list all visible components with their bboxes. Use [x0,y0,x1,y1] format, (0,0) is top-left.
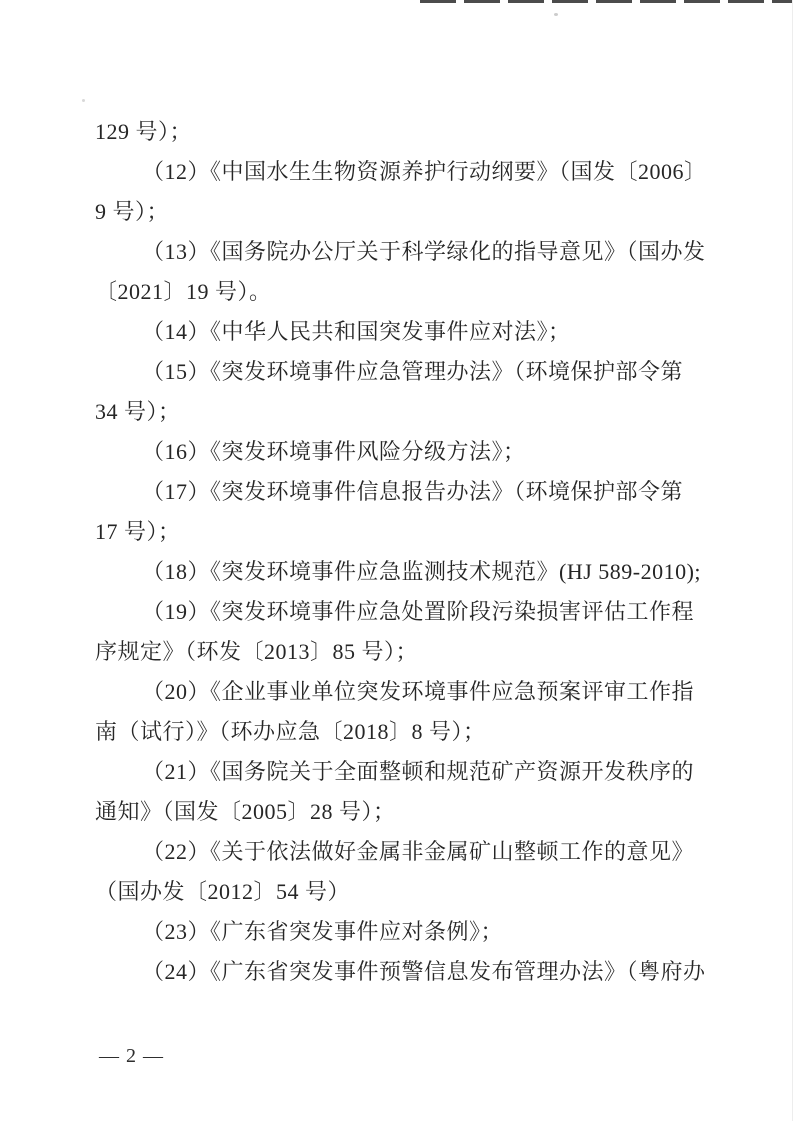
scan-speck [554,13,558,16]
text-line: （24）《广东省突发事件预警信息发布管理办法》（粤府办 [95,952,735,992]
document-body: 129 号）； （12）《中国水生生物资源养护行动纲要》（国发〔2006〕 9 … [95,112,735,992]
text-line: （13）《国务院办公厅关于科学绿化的指导意见》（国办发 [95,232,735,272]
text-line: 〔2021〕19 号）。 [95,272,735,312]
document-page: 129 号）； （12）《中国水生生物资源养护行动纲要》（国发〔2006〕 9 … [0,0,793,1121]
text-line: （23）《广东省突发事件应对条例》； [95,912,735,952]
text-line: （15）《突发环境事件应急管理办法》（环境保护部令第 [95,352,735,392]
scan-speck [82,99,85,102]
text-line: （20）《企业事业单位突发环境事件应急预案评审工作指 [95,672,735,712]
text-line: （14）《中华人民共和国突发事件应对法》； [95,312,735,352]
text-line: （19）《突发环境事件应急处置阶段污染损害评估工作程 [95,592,735,632]
text-line: （17）《突发环境事件信息报告办法》（环境保护部令第 [95,472,735,512]
page-number: — 2 — [99,1042,164,1070]
text-line: 9 号）； [95,192,735,232]
text-line: （18）《突发环境事件应急监测技术规范》(HJ 589-2010); [95,552,735,592]
text-line: 通知》（国发〔2005〕28 号）； [95,792,735,832]
text-line: 序规定》（环发〔2013〕85 号）； [95,632,735,672]
scan-artifact-top-edge [420,0,793,3]
text-line: 129 号）； [95,112,735,152]
text-line: （国办发〔2012〕54 号） [95,872,735,912]
text-line: 34 号）； [95,392,735,432]
text-line: 17 号）； [95,512,735,552]
text-line: 南（试行）》（环办应急〔2018〕8 号）； [95,712,735,752]
text-line: （12）《中国水生生物资源养护行动纲要》（国发〔2006〕 [95,152,735,192]
text-line: （16）《突发环境事件风险分级方法》； [95,432,735,472]
text-line: （21）《国务院关于全面整顿和规范矿产资源开发秩序的 [95,752,735,792]
text-line: （22）《关于依法做好金属非金属矿山整顿工作的意见》 [95,832,735,872]
